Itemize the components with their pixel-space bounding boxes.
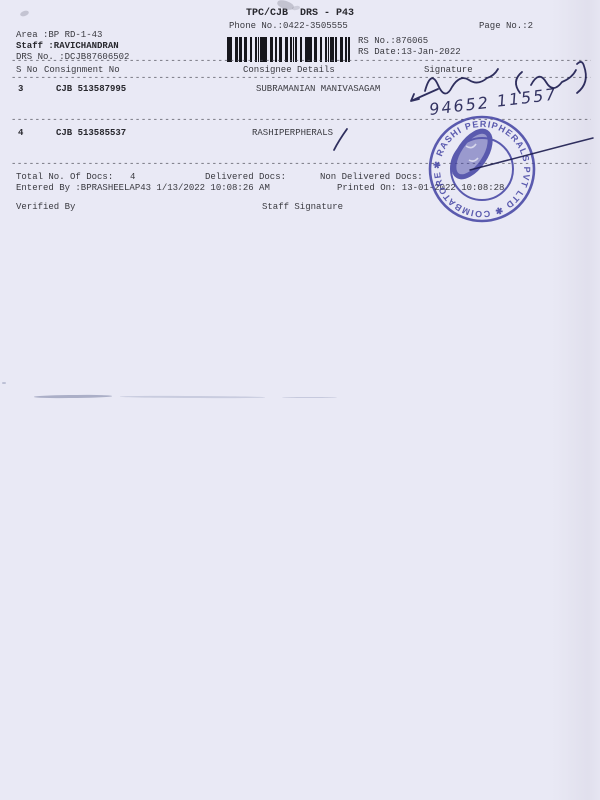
rs-number-field: RS No.:876065 [358, 36, 428, 46]
svg-text:✱ RASHI PERIPHERALS PVT LTD ✱: ✱ RASHI PERIPHERALS PVT LTD ✱ COIMBATORE [432, 119, 532, 219]
rs-date-field: RS Date:13-Jan-2022 [358, 47, 461, 57]
table-row-consignment-no: CJB 513585537 [56, 128, 126, 138]
stamp-center-oval [447, 125, 498, 183]
entered-by-field: Entered By :BPRASHEELAP43 1/13/2022 10:0… [16, 183, 270, 193]
verified-by-label: Verified By [16, 202, 75, 212]
phone-number: Phone No.:0422-3505555 [229, 21, 348, 31]
table-row-consignment-no: CJB 513587995 [56, 84, 126, 94]
divider-dashed: ----------------------------------------… [11, 160, 591, 169]
stamp-ring-text: ✱ RASHI PERIPHERALS PVT LTD ✱ COIMBATORE [432, 119, 532, 219]
table-row-sno: 4 [18, 128, 23, 138]
divider-dashed: ----------------------------------------… [11, 116, 591, 125]
staff-signature-label: Staff Signature [262, 202, 343, 212]
delivered-docs-label: Delivered Docs: [205, 172, 286, 182]
scan-smudge [2, 382, 6, 384]
area-field: Area :BP RD-1-43 [16, 30, 102, 40]
company-stamp: ✱ RASHI PERIPHERALS PVT LTD ✱ COIMBATORE [430, 117, 534, 221]
pen-slash [334, 129, 347, 150]
pen-arrow [411, 89, 438, 101]
column-header-consignment: Consignment No [44, 65, 120, 75]
table-row-consignee: SUBRAMANIAN MANIVASAGAM [256, 84, 380, 94]
table-row-consignee: RASHIPERPHERALS [252, 128, 333, 138]
scanned-delivery-run-sheet: TPC/CJB DRS - P43 Phone No.:0422-3505555… [0, 0, 600, 800]
page-number: Page No.:2 [479, 21, 533, 31]
document-title: TPC/CJB DRS - P43 [0, 9, 600, 19]
handwritten-phone: 94652 11557 [428, 84, 558, 119]
printed-on-field: Printed On: 13-01-2022 10:08:28 [337, 183, 504, 193]
total-docs-label: Total No. Of Docs: [16, 172, 113, 182]
scan-smudge [282, 397, 337, 398]
column-header-signature: Signature [424, 65, 473, 75]
scan-smudge [34, 395, 112, 399]
non-delivered-docs-label: Non Delivered Docs: [320, 172, 423, 182]
column-header-sno: S No [16, 65, 38, 75]
divider-dashed: ----------------------------------------… [11, 74, 591, 83]
staff-field: Staff :RAVICHANDRAN [16, 41, 119, 51]
scan-smudge [120, 396, 265, 399]
table-row-sno: 3 [18, 84, 23, 94]
column-header-consignee: Consignee Details [243, 65, 335, 75]
total-docs-value: 4 [130, 172, 135, 182]
